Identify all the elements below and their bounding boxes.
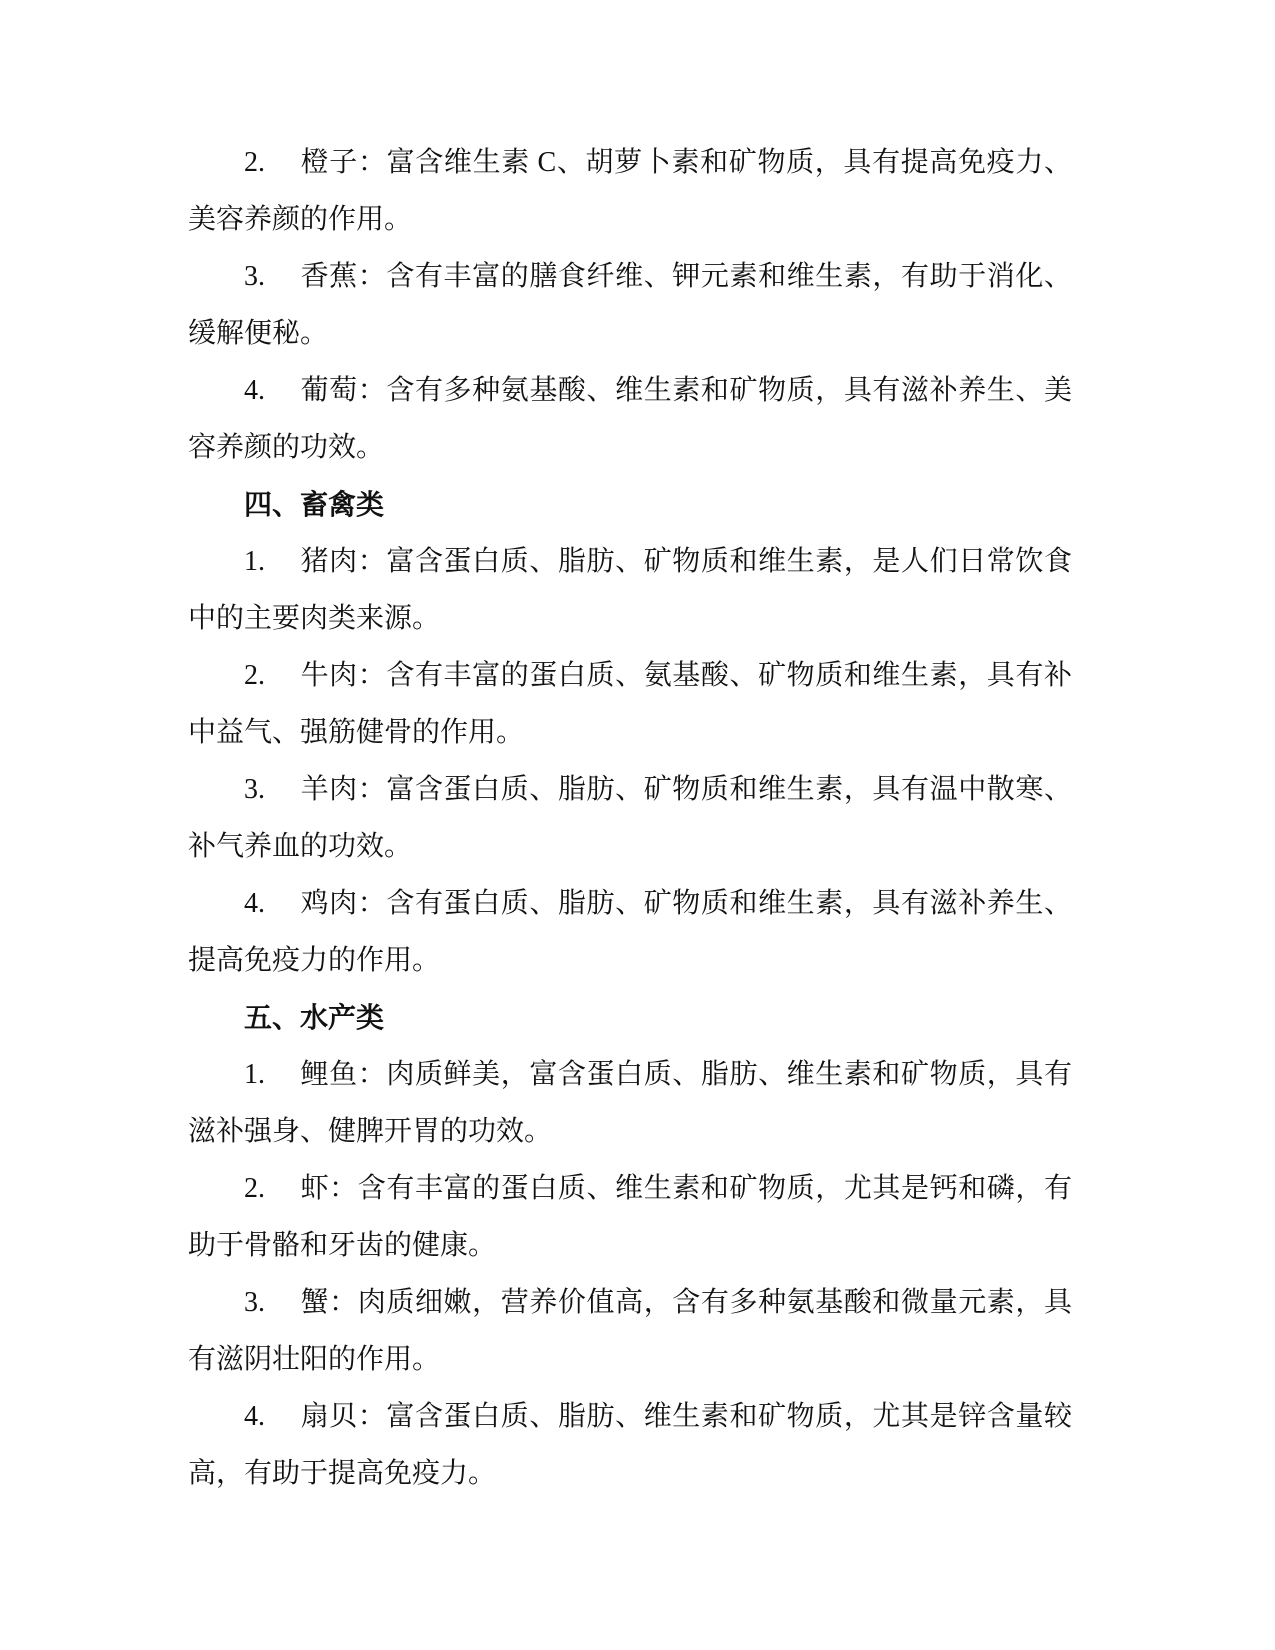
list-item-number: 1. (244, 1046, 300, 1103)
list-item-pork: 1.猪肉：富含蛋白质、脂肪、矿物质和维生素，是人们日常饮食中的主要肉类来源。 (188, 533, 1072, 647)
list-item-text: 鸡肉：含有蛋白质、脂肪、矿物质和维生素，具有滋补养生、提高免疫力的作用。 (188, 888, 1072, 976)
list-item-number: 2. (244, 647, 300, 704)
list-item-text: 香蕉：含有丰富的膳食纤维、钾元素和维生素，有助于消化、缓解便秘。 (188, 261, 1072, 349)
list-item-number: 3. (244, 1274, 300, 1331)
list-item-number: 2. (244, 134, 300, 191)
list-item-text: 橙子：富含维生素 C、胡萝卜素和矿物质，具有提高免疫力、美容养颜的作用。 (188, 147, 1072, 235)
list-item-text: 扇贝：富含蛋白质、脂肪、维生素和矿物质，尤其是锌含量较高，有助于提高免疫力。 (188, 1401, 1072, 1489)
list-item-chicken: 4.鸡肉：含有蛋白质、脂肪、矿物质和维生素，具有滋补养生、提高免疫力的作用。 (188, 875, 1072, 989)
list-item-text: 蟹：肉质细嫩，营养价值高，含有多种氨基酸和微量元素，具有滋阴壮阳的作用。 (188, 1287, 1072, 1375)
list-item-grape: 4.葡萄：含有多种氨基酸、维生素和矿物质，具有滋补养生、美容养颜的功效。 (188, 362, 1072, 476)
list-item-scallop: 4.扇贝：富含蛋白质、脂肪、维生素和矿物质，尤其是锌含量较高，有助于提高免疫力。 (188, 1388, 1072, 1502)
list-item-number: 3. (244, 248, 300, 305)
section-heading-livestock: 四、畜禽类 (188, 476, 1072, 533)
list-item-number: 2. (244, 1160, 300, 1217)
list-item-number: 4. (244, 875, 300, 932)
list-item-orange: 2.橙子：富含维生素 C、胡萝卜素和矿物质，具有提高免疫力、美容养颜的作用。 (188, 134, 1072, 248)
section-heading-aquatic: 五、水产类 (188, 989, 1072, 1046)
list-item-banana: 3.香蕉：含有丰富的膳食纤维、钾元素和维生素，有助于消化、缓解便秘。 (188, 248, 1072, 362)
list-item-text: 虾：含有丰富的蛋白质、维生素和矿物质，尤其是钙和磷，有助于骨骼和牙齿的健康。 (188, 1173, 1072, 1261)
document-page: 2.橙子：富含维生素 C、胡萝卜素和矿物质，具有提高免疫力、美容养颜的作用。 3… (0, 0, 1275, 1650)
list-item-number: 4. (244, 1388, 300, 1445)
list-item-text: 羊肉：富含蛋白质、脂肪、矿物质和维生素，具有温中散寒、补气养血的功效。 (188, 774, 1072, 862)
list-item-text: 葡萄：含有多种氨基酸、维生素和矿物质，具有滋补养生、美容养颜的功效。 (188, 375, 1072, 463)
list-item-number: 4. (244, 362, 300, 419)
document-body: 2.橙子：富含维生素 C、胡萝卜素和矿物质，具有提高免疫力、美容养颜的作用。 3… (188, 134, 1072, 1502)
list-item-text: 猪肉：富含蛋白质、脂肪、矿物质和维生素，是人们日常饮食中的主要肉类来源。 (188, 546, 1072, 634)
list-item-number: 1. (244, 533, 300, 590)
list-item-text: 牛肉：含有丰富的蛋白质、氨基酸、矿物质和维生素，具有补中益气、强筋健骨的作用。 (188, 660, 1072, 748)
list-item-crab: 3.蟹：肉质细嫩，营养价值高，含有多种氨基酸和微量元素，具有滋阴壮阳的作用。 (188, 1274, 1072, 1388)
list-item-carp: 1.鲤鱼：肉质鲜美，富含蛋白质、脂肪、维生素和矿物质，具有滋补强身、健脾开胃的功… (188, 1046, 1072, 1160)
list-item-lamb: 3.羊肉：富含蛋白质、脂肪、矿物质和维生素，具有温中散寒、补气养血的功效。 (188, 761, 1072, 875)
list-item-beef: 2.牛肉：含有丰富的蛋白质、氨基酸、矿物质和维生素，具有补中益气、强筋健骨的作用… (188, 647, 1072, 761)
list-item-number: 3. (244, 761, 300, 818)
list-item-text: 鲤鱼：肉质鲜美，富含蛋白质、脂肪、维生素和矿物质，具有滋补强身、健脾开胃的功效。 (188, 1059, 1072, 1147)
list-item-shrimp: 2.虾：含有丰富的蛋白质、维生素和矿物质，尤其是钙和磷，有助于骨骼和牙齿的健康。 (188, 1160, 1072, 1274)
